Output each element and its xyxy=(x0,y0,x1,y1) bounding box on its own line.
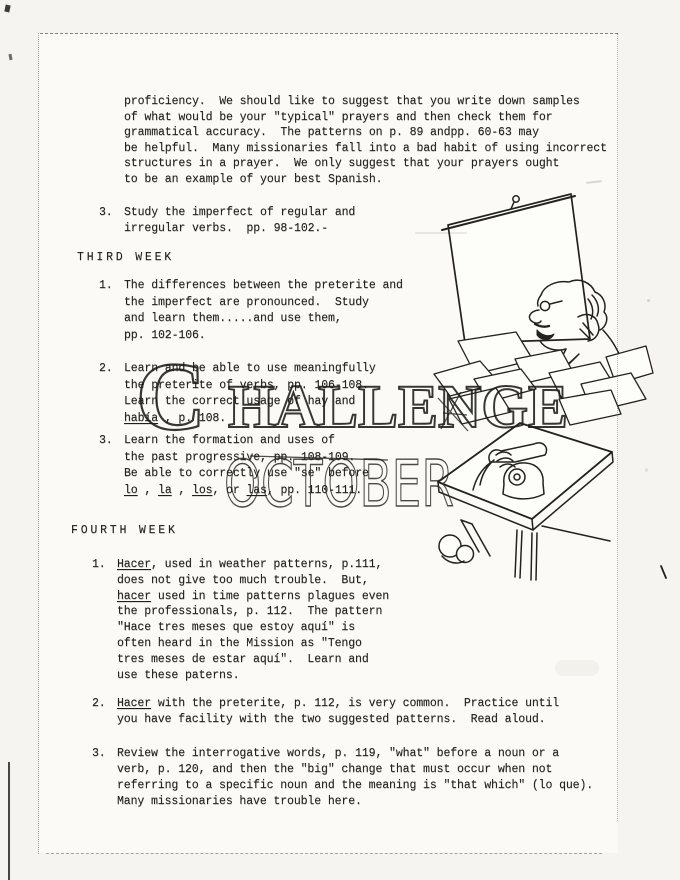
scan-smudge xyxy=(647,299,650,302)
text-line: Learn and be able to use meaningfully xyxy=(124,361,376,378)
text-line: you have facility with the two suggested… xyxy=(117,712,559,728)
text-segment: Hacer xyxy=(117,558,151,571)
text-segment: Many missionaries have trouble here. xyxy=(117,795,362,808)
text-segment: Learn the formation and uses of xyxy=(124,434,335,447)
text-segment: Study the imperfect of regular and xyxy=(124,206,355,219)
text-line: verb, p. 120, and then the "big" change … xyxy=(117,762,593,778)
text-segment: used in time patterns plagues even xyxy=(151,590,389,603)
text-line: irregular verbs. pp. 98-102.- xyxy=(124,221,355,237)
text-segment: be helpful. Many missionaries fall into … xyxy=(124,142,607,155)
list-item-text: Hacer, used in weather patterns, p.111,d… xyxy=(117,557,389,683)
list-item-text: Review the interrogative words, p. 119, … xyxy=(117,746,593,810)
page-edge-top xyxy=(40,33,618,34)
text-line: of what would be your "typical" prayers … xyxy=(124,110,607,126)
list-item-number: 1. xyxy=(92,557,117,683)
list-item-number: 3. xyxy=(99,205,124,237)
text-segment: the imperfect are pronounced. Study xyxy=(124,296,369,309)
text-line: Learn the correct usage of hay and xyxy=(124,394,376,411)
list-item-text: Hacer with the preterite, p. 112, is ver… xyxy=(117,696,559,728)
text-segment: grammatical accuracy. The patterns on p.… xyxy=(124,126,539,139)
text-line: lo , la , los, or las, pp. 110-111. xyxy=(124,483,369,500)
scan-smudge xyxy=(555,660,599,676)
list-item-number: 1. xyxy=(99,278,124,344)
list-item-text: Learn and be able to use meaningfullythe… xyxy=(124,361,376,427)
text-segment: lo xyxy=(124,484,138,497)
text-segment: , pp. 110-111. xyxy=(267,484,362,497)
text-segment: , xyxy=(138,484,158,497)
text-segment: Be able to correctly use "se" before xyxy=(124,467,369,480)
text-line: Be able to correctly use "se" before xyxy=(124,466,369,483)
text-segment: use these paterns. xyxy=(117,669,239,682)
text-segment: había xyxy=(124,412,158,425)
text-segment: verb, p. 120, and then the "big" change … xyxy=(117,763,552,776)
text-segment: , xyxy=(172,484,192,497)
text-segment: irregular verbs. pp. 98-102.- xyxy=(124,222,328,235)
text-segment: "Hace tres meses que estoy aquí" is xyxy=(117,621,355,634)
list-item: 3. Review the interrogative words, p. 11… xyxy=(92,746,593,810)
list-item-number: 2. xyxy=(99,361,124,427)
list-item-text: The differences between the preterite an… xyxy=(124,278,403,344)
text-line: use these paterns. xyxy=(117,668,389,684)
text-line: the professionals, p. 112. The pattern xyxy=(117,604,389,620)
text-segment: the professionals, p. 112. The pattern xyxy=(117,605,382,618)
text-segment: with the preterite, p. 112, is very comm… xyxy=(151,697,559,710)
text-segment: , or xyxy=(212,484,246,497)
text-segment: does not give too much trouble. But, xyxy=(117,574,369,587)
cartoon-illustration xyxy=(420,183,670,583)
list-item: 2. Learn and be able to use meaningfully… xyxy=(99,361,376,427)
text-line: The differences between the preterite an… xyxy=(124,278,403,295)
list-item-number: 3. xyxy=(92,746,117,810)
text-line: and learn them.....and use them, xyxy=(124,311,403,328)
text-line: does not give too much trouble. But, xyxy=(117,573,389,589)
text-segment: the past progressive, pp. 108-109. xyxy=(124,451,355,464)
scanned-document: proficiency. We should like to suggest t… xyxy=(0,0,680,880)
text-line: the past progressive, pp. 108-109. xyxy=(124,450,369,467)
text-line: often heard in the Mission as "Tengo xyxy=(117,636,389,652)
text-segment: to be an example of your best Spanish. xyxy=(124,173,382,186)
scan-smudge xyxy=(645,468,648,472)
list-item-number: 3. xyxy=(99,433,124,499)
text-segment: Learn and be able to use meaningfully xyxy=(124,362,376,375)
text-line: tres meses de estar aquí". Learn and xyxy=(117,652,389,668)
pen-mark xyxy=(661,566,666,578)
fist xyxy=(439,520,490,563)
text-segment: Review the interrogative words, p. 119, … xyxy=(117,747,559,760)
list-item-text: Study the imperfect of regular andirregu… xyxy=(124,205,355,237)
text-segment: Learn the correct usage of hay and xyxy=(124,395,355,408)
text-line: structures in a prayer. We only suggest … xyxy=(124,156,607,172)
text-segment: the preterite of verbs, pp. 106-108. xyxy=(124,379,369,392)
intro-paragraph: proficiency. We should like to suggest t… xyxy=(124,94,607,188)
text-line: be helpful. Many missionaries fall into … xyxy=(124,141,607,157)
text-segment: hacer xyxy=(117,590,151,603)
text-segment: pp. 102-106. xyxy=(124,329,206,342)
text-segment: referring to a specific noun and the mea… xyxy=(117,779,593,792)
list-item: 2. Hacer with the preterite, p. 112, is … xyxy=(92,696,559,728)
text-line: the preterite of verbs, pp. 106-108. xyxy=(124,378,376,395)
text-line: "Hace tres meses que estoy aquí" is xyxy=(117,620,389,636)
page-edge-right xyxy=(617,33,618,821)
text-line: hacer used in time patterns plagues even xyxy=(117,589,389,605)
scan-smudge xyxy=(415,232,467,234)
text-segment: often heard in the Mission as "Tengo xyxy=(117,637,362,650)
text-segment: structures in a prayer. We only suggest … xyxy=(124,157,559,170)
text-segment: la xyxy=(158,484,172,497)
text-segment: you have facility with the two suggested… xyxy=(117,713,545,726)
list-item: 1. The differences between the preterite… xyxy=(99,278,403,344)
text-segment: of what would be your "typical" prayers … xyxy=(124,111,552,124)
page-edge-bottom xyxy=(46,853,602,854)
text-line: pp. 102-106. xyxy=(124,328,403,345)
text-segment: , used in weather patterns, p.111, xyxy=(151,558,382,571)
text-line: the imperfect are pronounced. Study xyxy=(124,295,403,312)
scan-edge-mark xyxy=(8,762,10,880)
text-line: Review the interrogative words, p. 119, … xyxy=(117,746,593,762)
text-line: Learn the formation and uses of xyxy=(124,433,369,450)
text-line: Study the imperfect of regular and xyxy=(124,205,355,221)
text-segment: Hacer xyxy=(117,697,151,710)
text-segment: los xyxy=(192,484,212,497)
text-line: grammatical accuracy. The patterns on p.… xyxy=(124,125,607,141)
list-item-number: 2. xyxy=(92,696,117,728)
list-item: 3. Learn the formation and uses ofthe pa… xyxy=(99,433,369,499)
text-line: Hacer, used in weather patterns, p.111, xyxy=(117,557,389,573)
text-line: proficiency. We should like to suggest t… xyxy=(124,94,607,110)
list-item: 1. Hacer, used in weather patterns, p.11… xyxy=(92,557,389,683)
text-segment: The differences between the preterite an… xyxy=(124,279,403,292)
text-segment: tres meses de estar aquí". Learn and xyxy=(117,653,369,666)
text-line: Many missionaries have trouble here. xyxy=(117,794,593,810)
text-segment: proficiency. We should like to suggest t… xyxy=(124,95,580,108)
text-segment: and learn them.....and use them, xyxy=(124,312,342,325)
text-line: Hacer with the preterite, p. 112, is ver… xyxy=(117,696,559,712)
pinned-sheet xyxy=(442,194,590,343)
section-heading-third-week: THIRD WEEK xyxy=(77,251,174,264)
list-item: 3. Study the imperfect of regular andirr… xyxy=(99,205,355,237)
section-heading-fourth-week: FOURTH WEEK xyxy=(71,524,178,537)
text-segment: , p. 108. xyxy=(158,412,226,425)
text-line: había , p. 108. xyxy=(124,411,376,428)
text-line: referring to a specific noun and the mea… xyxy=(117,778,593,794)
page-edge-left xyxy=(38,33,39,854)
text-segment: las xyxy=(246,484,266,497)
list-item-text: Learn the formation and uses ofthe past … xyxy=(124,433,369,499)
